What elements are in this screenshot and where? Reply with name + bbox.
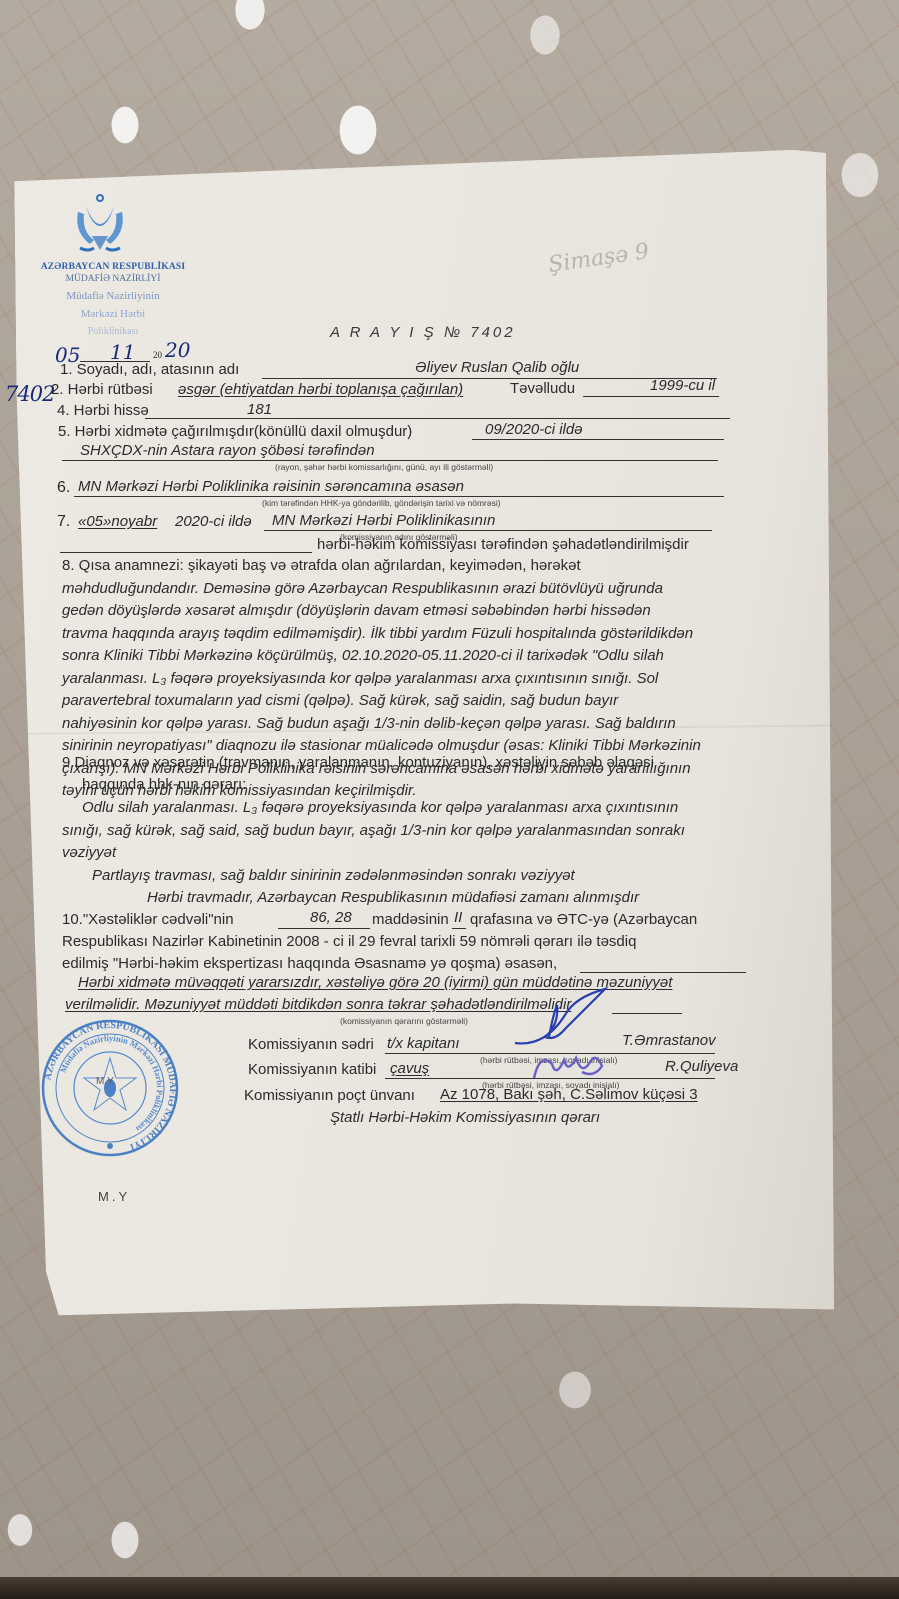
svg-text:M.Y.: M.Y. — [96, 1076, 115, 1087]
anamnesis-line: travma haqqında arayış təqdim edilməmişd… — [62, 623, 762, 646]
org-stamp-line3: Poliklinikası — [28, 326, 198, 338]
decision-articles: 86, 28 — [310, 907, 352, 930]
anamnesis-line: 8. Qısa anamnezi: şikayəti baş və ətrafd… — [62, 555, 762, 578]
diagnosis-line: Odlu silah yaralanması. L₃ fəqərə proyek… — [62, 797, 762, 820]
issuer-block: AZƏRBAYCAN RESPUBLİKASI MÜDAFİƏ NAZİRLİY… — [28, 262, 198, 338]
chair-signature-icon — [505, 985, 615, 1055]
anamnesis-line: sonra Kliniki Tibbi Mərkəzinə köçürülmüş… — [62, 645, 762, 668]
verdict-hint: (komissiyanın qərarını göstərməli) — [340, 1016, 468, 1026]
anamnesis-line: yaralanması. L₃ fəqərə proyeksiyasında k… — [62, 668, 762, 691]
field6-referral: MN Mərkəzi Hərbi Poliklinika rəisinin sə… — [78, 476, 464, 499]
pencil-note: Şimaşə 9 — [547, 239, 651, 278]
decision-line2: Respublikası Nazirlər Kabinetinin 2008 -… — [62, 931, 636, 954]
secretary-signature-icon — [530, 1048, 610, 1084]
seal-place-mark: M.Y — [98, 1189, 130, 1204]
address-value: Az 1078, Bakı şəh, C.Səlimov küçəsi 3 — [440, 1084, 698, 1107]
field3-birth-year: 1999-cu il — [650, 375, 715, 398]
field5-hint: (rayon, şəhər hərbi komissarlığını, günü… — [275, 462, 493, 472]
secretary-label: Komissiyanın katibi — [248, 1059, 376, 1082]
footer-caption: Ştatlı Hərbi-Həkim Komissiyasının qərarı — [330, 1107, 600, 1130]
chair-label: Komissiyanın sədri — [248, 1034, 374, 1057]
decision-p10-c: qrafasına və ƏTC-yə (Azərbaycan — [470, 909, 697, 932]
document-title: A R A Y I Ş № 7402 — [330, 324, 516, 341]
chair-name: T.Əmrastanov — [622, 1030, 716, 1053]
diagnosis-text: Odlu silah yaralanması. L₃ fəqərə proyek… — [62, 797, 762, 910]
field7-number: 7. — [57, 511, 70, 534]
anamnesis-line: paravertebral toxumaların yad cismi (qəl… — [62, 690, 762, 713]
field5-date: 09/2020-ci ildə — [485, 419, 583, 442]
field2-rank: əsgər (ehtiyatdan hərbi toplanışa çağırı… — [178, 379, 463, 402]
secretary-rank: çavuş — [390, 1058, 429, 1081]
margin-registration-number: 7402 — [5, 382, 54, 406]
org-stamp-line2: Mərkəzi Hərbi — [28, 308, 198, 320]
field7-certified-text: hərbi-həkim komissiyası tərəfindən şəhad… — [317, 534, 689, 557]
org-stamp-line1: Müdafiə Nazirliyinin — [28, 290, 198, 302]
address-label: Komissiyanın poçt ünvanı — [244, 1085, 415, 1108]
field5-office: SHXÇDX-nin Astara rayon şöbəsi tərəfində… — [80, 440, 375, 463]
verdict-line2: verilməlidir. Məzuniyyət müddəti bitdikd… — [65, 994, 571, 1017]
field7-date: «05»noyabr — [78, 511, 157, 534]
anamnesis-line: məhdudluğundandır. Deməsinə görə Azərbay… — [62, 578, 762, 601]
chair-rank: t/x kapitanı — [387, 1033, 460, 1056]
decision-column: II — [454, 907, 462, 930]
field4-label: 4. Hərbi hissə — [57, 400, 149, 423]
diagnosis-heading2: haqqında hhk-nın qərarı: — [82, 774, 246, 797]
diagnosis-heading: 9.Diaqnoz və xəsarətin (travmanın, yaral… — [62, 752, 654, 775]
anamnesis-line: nahiyəsinin kor qəlpə yarası. Sağ budun … — [62, 713, 762, 736]
diagnosis-line: sınığı, sağ kürək, sağ said, sağ budun b… — [62, 820, 762, 843]
org-ministry: MÜDAFİƏ NAZİRLİYİ — [28, 274, 198, 284]
diagnosis-line: Partlayış travması, sağ baldır sinirinin… — [62, 865, 762, 888]
field1-fullname: Əliyev Ruslan Qalib oğlu — [415, 357, 579, 380]
field4-unit: 181 — [247, 399, 272, 422]
field6-number: 6. — [57, 477, 70, 500]
ministry-emblem-icon — [68, 192, 132, 256]
certificate-document: AZƏRBAYCAN RESPUBLİKASI MÜDAFİƏ NAZİRLİY… — [0, 0, 899, 1599]
org-country: AZƏRBAYCAN RESPUBLİKASI — [28, 262, 198, 272]
diagnosis-line: vəziyyət — [62, 842, 762, 865]
official-round-stamp-icon: AZƏRBAYCAN RESPUBLİKASI MÜDAFİƏ NAZİRLİY… — [40, 1018, 180, 1158]
diagnosis-line: Hərbi travmadır, Azərbaycan Respublikası… — [62, 887, 762, 910]
anamnesis-line: gedən döyüşlərdə xəsarət almışdır (döyüş… — [62, 600, 762, 623]
field7-commission: MN Mərkəzi Hərbi Poliklinikasının — [272, 510, 495, 533]
field6-hint: (kim tərəfindən HHK-ya göndərilib, göndə… — [262, 498, 501, 508]
secretary-name: R.Quliyeva — [665, 1056, 738, 1079]
decision-p10-b: maddəsinin — [372, 909, 449, 932]
field2-label: 2. Hərbi rütbəsi — [51, 379, 153, 402]
field7-year: 2020-ci ildə — [175, 511, 252, 534]
decision-p10-a: 10."Xəstəliklər cədvəli"nin — [62, 909, 234, 932]
field3-label: Təvəlludu — [510, 378, 575, 401]
